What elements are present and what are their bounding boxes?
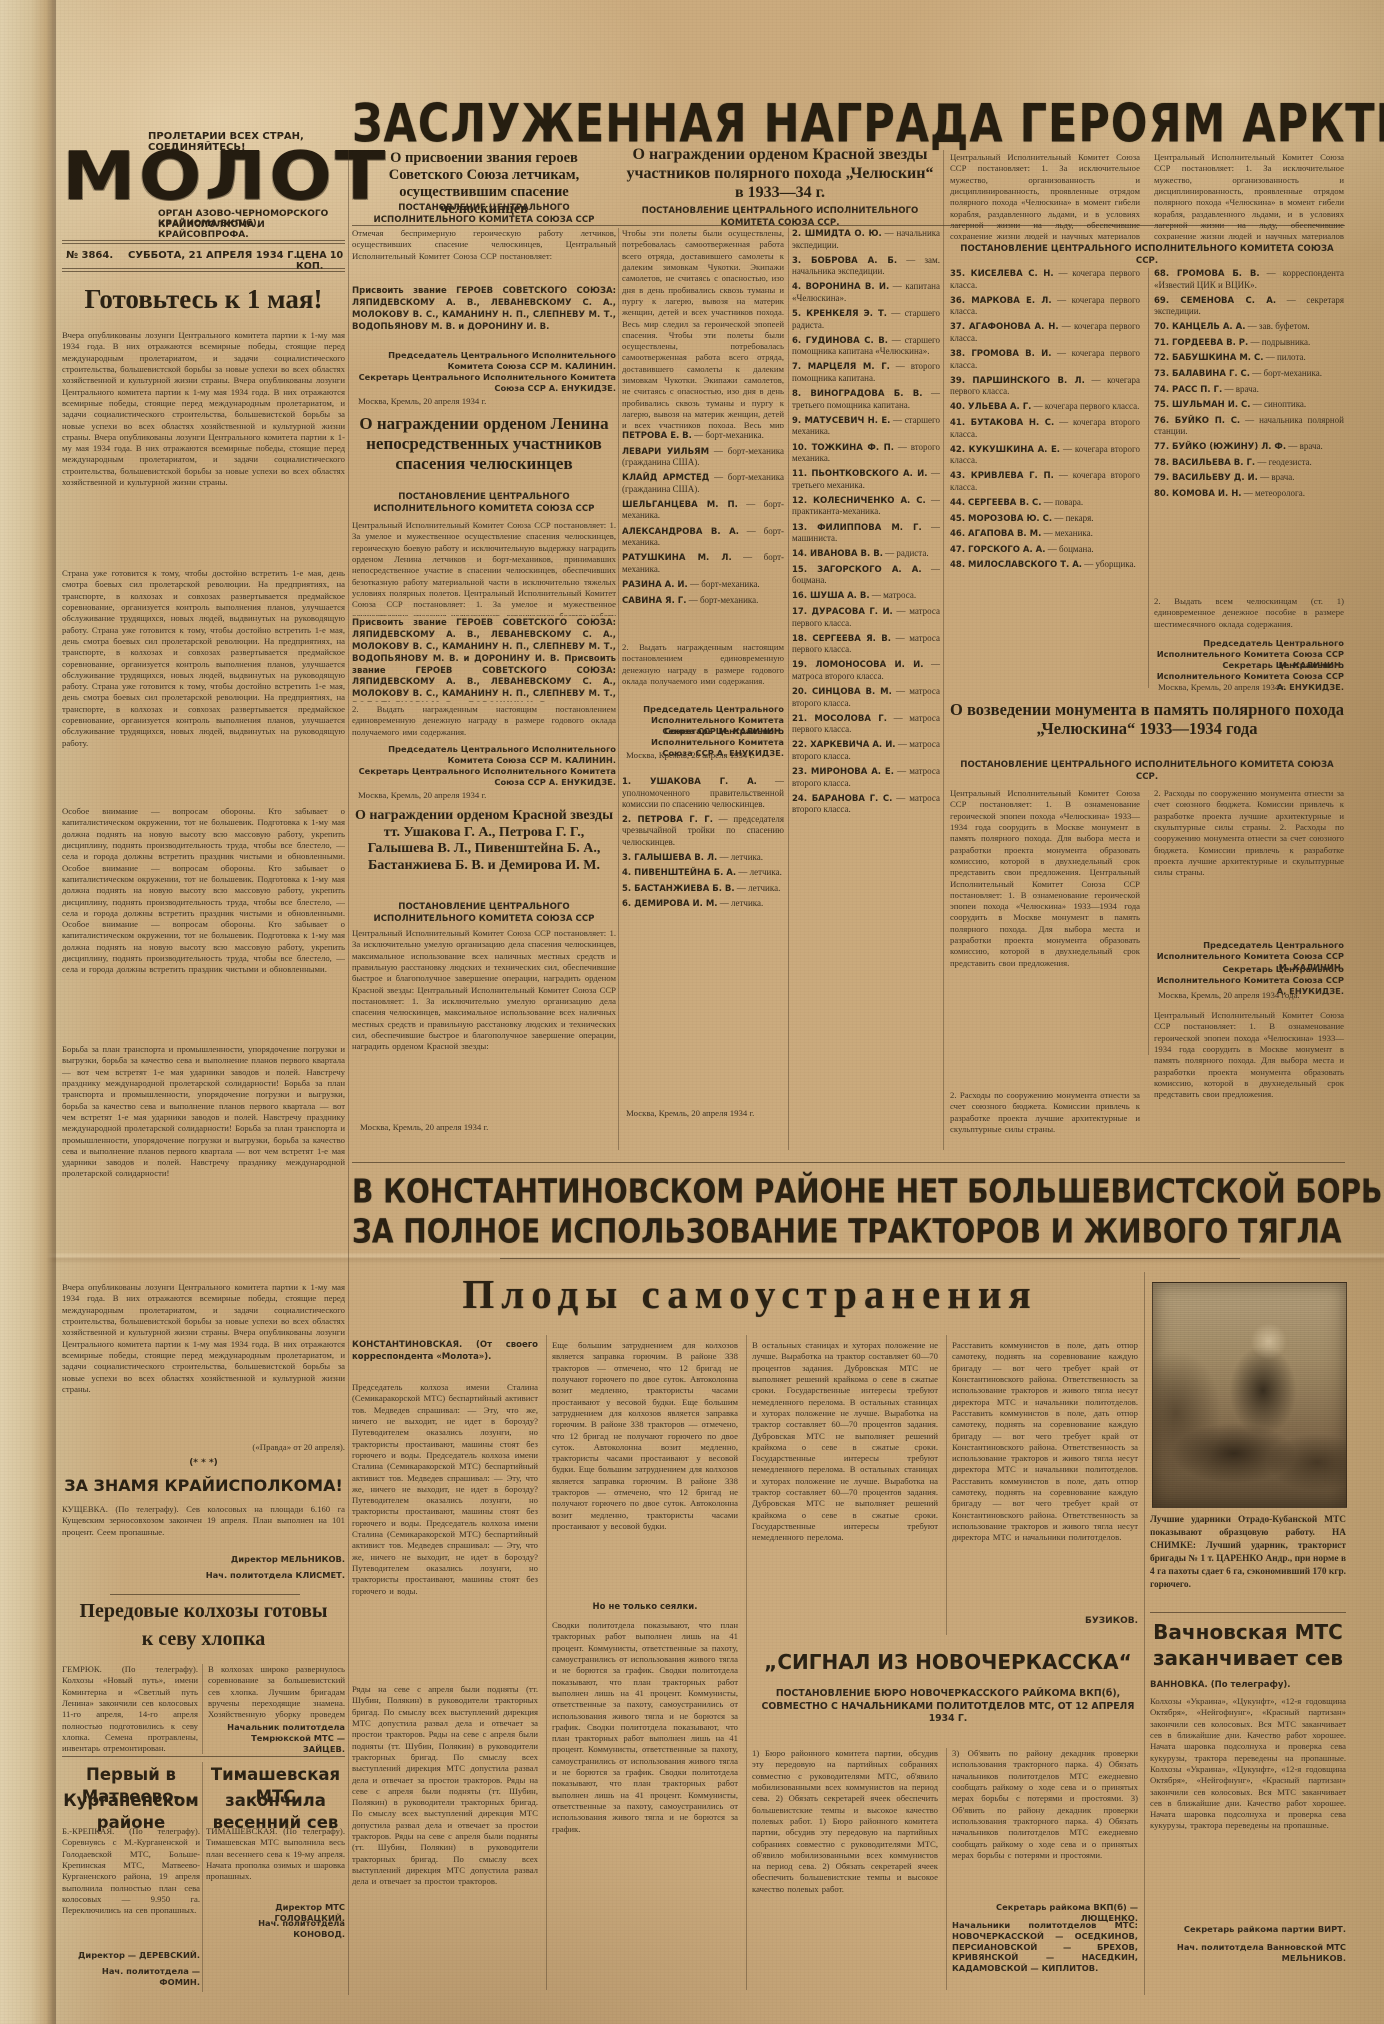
kraiznamya-title: ЗА ЗНАМЯ КРАЙИСПОЛКОМА! [62,1476,345,1495]
lenin-decree-awardees: Присвоить звание ГЕРОЕВ СОВЕТСКОГО СОЮЗА… [352,618,616,702]
monument-decree-body-left-2: 2. Расходы по сооружению монумента отнес… [950,1090,1140,1154]
divider [788,228,789,1150]
cotton-body-left: ГЕМРЮК. (По телеграфу). Колхозы «Новый п… [62,1664,198,1754]
award-list-entry: 75. ШУЛЬМАН И. С. — синоптика. [1154,399,1344,411]
award-list-entry: ШЕЛЬГАНЦЕВА М. П. — борт-механика. [622,499,784,522]
decree-place-date: Москва, Кремль, 20 апреля 1934 г. [360,1122,510,1133]
signature-fomin: Нач. политотдела — ФОМИН. [62,1966,200,1988]
vannovka-title-line2: заканчивает сев [1150,1646,1346,1670]
divider [352,1162,1345,1163]
divider [746,1335,747,1990]
vannovka-dateline: ВАННОВКА. (По телеграфу). [1150,1680,1346,1694]
masthead-logo: МОЛОТ [62,138,348,201]
divider [546,1335,547,1990]
award-list-entry: 72. БАБУШКИНА М. С. — пилота. [1154,352,1344,364]
divider [1144,1272,1145,1995]
award-list-entry: 2. ПЕТРОВА Г. Г. — председателя чрезвыча… [622,814,784,848]
signature-melnikov: Директор МЕЛЬНИКОВ. [62,1554,345,1565]
cotton-title-line2: к севу хлопка [62,1628,345,1652]
award-list-entry: ЛЕВАРИ УИЛЬЯМ — борт-механика (гражданин… [622,446,784,469]
award-list-entry: 22. ХАРКЕВИЧА А. И. — матроса второго кл… [792,739,940,762]
lenin-decree-note: 2. Выдать награжденным настоящим постано… [622,642,784,700]
divider [500,1258,1240,1259]
award-list-entry: 78. ВАСИЛЬЕВА В. Г. — геодезиста. [1154,457,1344,469]
signature-melnikov-mts: Нач. политотдела Ванновской МТС МЕЛЬНИКО… [1150,1942,1346,1964]
monument-decree-body-left: Центральный Исполнительный Комитет Союза… [950,788,1140,1086]
divider [62,1756,345,1757]
divider [110,1594,300,1595]
decree-place-date: Москва, Кремль, 20 апреля 1934 г. [358,396,558,407]
award-list-entry: 76. БУЙКО П. С. — начальника полярной ст… [1154,415,1344,438]
signature-virt: Секретарь райкома партии ВИРТ. [1150,1924,1346,1935]
award-list-entry: 1. УШАКОВА Г. А. — уполномоченного прави… [622,776,784,810]
mayday-paragraph-3: Особое внимание — вопросам обороны. Кто … [62,806,345,1042]
divider [62,271,345,272]
divider [618,228,619,1150]
hero-decree-resolution: Присвоить звание ГЕРОЕВ СОВЕТСКОГО СОЮЗА… [352,286,616,348]
lenin-decree-title: О награждении орденом Ленина непосредств… [352,414,616,474]
divider [202,1664,203,1754]
award-list-entry: 12. КОЛЕСНИЧЕНКО А. С. — практиканта-мех… [792,495,940,518]
award-list-entry: 43. КРИВЛЕВА Г. П. — кочегара второго кл… [950,470,1140,493]
award-list-entry: ПЕТРОВА Е. В. — борт-механика. [622,430,784,442]
monument-decree-body-right-2: Центральный Исполнительный Комитет Союза… [1154,1010,1344,1150]
signal-body-left: 1) Бюро районного комитета партии, обсуд… [752,1748,938,1990]
award-list-entry: 14. ИВАНОВА В. В. — радиста. [792,548,940,560]
award-list-entry: 13. ФИЛИППОВА М. Г. — машиниста. [792,522,940,545]
hero-decree-subtitle: ПОСТАНОВЛЕНИЕ ЦЕНТРАЛЬНОГО ИСПОЛНИТЕЛЬНО… [354,203,614,226]
plody-col4-text: Расставить коммунистов в поле, дать отпо… [952,1340,1138,1612]
award-list-entry: 38. ГРОМОВА В. И. — кочегара первого кла… [950,348,1140,371]
mechanics-award-list: ПЕТРОВА Е. В. — борт-механика.ЛЕВАРИ УИЛ… [622,430,784,638]
signature-enukidze: Секретарь Центрального Исполнительного К… [352,372,616,394]
pravda-reference: («Правда» от 20 апреля). [62,1442,345,1453]
signal-title: „СИГНАЛ ИЗ НОВОЧЕРКАССКА“ [756,1650,1140,1674]
decree-place-date: Москва, Кремль, 20 апреля 1934 г. [358,790,558,801]
signature-konovod: Нач. политотдела КОНОВОД. [206,1918,345,1940]
signature-zaitsev: Начальник политотдела Темрюкской МТС — З… [208,1722,345,1754]
award-list-entry: РАЗИНА А. И. — борт-механика. [622,579,784,591]
award-list-entry: САВИНА Я. Г. — борт-механика. [622,595,784,607]
award-list-entry: 8. ВИНОГРАДОВА Б. В. — третьего помощник… [792,388,940,411]
award-list-entry: 6. ГУДИНОВА С. В. — старшего помощника к… [792,335,940,358]
masthead-organ-line2: КРАЙИСПОЛКОМА И КРАЙСОВПРОФА. [158,220,348,240]
award-list-entry: 4. ПИВЕНШТЕЙНА Б. А. — летчика. [622,867,784,879]
award-list-entry: 5. БАСТАНЖИЕВА Б. В. — летчика. [622,883,784,895]
plody-dateline: КОНСТАНТИНОВСКАЯ. (От своего корреспонде… [352,1340,538,1380]
award-list-entry: 74. РАСС П. Г. — врача. [1154,384,1344,396]
signature-klismet: Нач. политотдела КЛИСМЕТ. [62,1570,345,1581]
ushakov-decree-body: Центральный Исполнительный Комитет Союза… [352,928,616,1118]
plody-col2-text-2: Сводки политотдела показывают, что план … [552,1620,738,1990]
award-list-entry: 5. КРЕНКЕЛЯ Э. Т. — старшего радиста. [792,308,940,331]
award-list-entry: 77. БУЙКО (ЮЖИНУ) Л. Ф. — врача. [1154,441,1344,453]
award-list-entry: 16. ШУША А. В. — матроса. [792,590,940,602]
award-list-entry: 45. МОРОЗОВА Ю. С. — пекаря. [950,513,1140,525]
cotton-body-right: В колхозах широко развернулось соревнова… [208,1664,345,1720]
lenin-decree-continuation: Чтобы эти полеты были осуществлены, потр… [622,228,784,428]
plody-col1-text: Председатель колхоза имени Сталина (Семи… [352,1382,538,1682]
award-list-entry: 68. ГРОМОВА Б. В. — корреспондента «Изве… [1154,268,1344,291]
matveevo-body: Б.-КРЕПКАЯ. (По телеграфу). Соревнуясь с… [62,1826,200,1946]
ushakov-decree-title: О награждении орденом Красной звезды тт.… [352,808,616,874]
signal-politotdel-signatures: Начальники политотделов МТС: НОВОЧЕРКАСС… [952,1920,1138,1974]
signature-kalinin: Председатель Центрального Исполнительног… [352,744,616,766]
hero-decree-body: Отмечая беспримерную героическую работу … [352,228,616,284]
decree-place-date: Москва, Кремль, 20 апреля 1934 года. [1158,990,1338,1001]
mayday-paragraph-1: Вчера опубликованы лозунги Центрального … [62,330,345,566]
award-list-entry: 9. МАТУСЕВИЧ Н. Е. — старшего механика. [792,415,940,438]
star-decree-intro-right: Центральный Исполнительный Комитет Союза… [1154,152,1344,240]
decree-place-date: Москва, Кремль, 20 апреля 1934 г. [626,1108,776,1119]
award-list-entry: 46. АГАПОВА В. М. — механика. [950,528,1140,540]
plody-col2-subhead: Но не только сеялки. [552,1602,738,1616]
cotton-title-line1: Передовые колхозы готовы [62,1600,345,1624]
kraiznamya-body: КУЩЕВКА. (По телеграфу). Сев колосовых н… [62,1504,345,1552]
award-list-entry: 36. МАРКОВА Е. Л. — кочегара первого кла… [950,295,1140,318]
konstantin-headline-1: В КОНСТАНТИНОВСКОМ РАЙОНЕ НЕТ БОЛЬШЕВИСТ… [352,1172,1245,1211]
award-list-entry: 48. МИЛОСЛАВСКОГО Т. А. — уборщика. [950,559,1140,571]
star-decree-title: О награждении орденом Красной звезды уча… [622,146,938,203]
award-list-entry: КЛАЙД АРМСТЕД — борт-механика (гражданин… [622,472,784,495]
award-list-entry: 47. ГОРСКОГО А. А. — боцмана. [950,544,1140,556]
tractor-driver-photo [1152,1282,1347,1508]
plody-col1-text-2: Ряды на севе с апреля были подняты (тт. … [352,1684,538,1990]
award-list-entry: 17. ДУРАСОВА Г. И. — матроса первого кла… [792,606,940,629]
award-list-entry: 7. МАРЦЕЛЯ М. Г. — второго помощника кап… [792,361,940,384]
signature-buzikov: БУЗИКОВ. [952,1616,1138,1628]
award-list-entry: 79. ВАСИЛЬЕВУ Д. И. — врача. [1154,472,1344,484]
award-list-entry: 44. СЕРГЕЕВА В. С. — повара. [950,497,1140,509]
award-list-entry: 18. СЕРГЕЕВА Я. В. — матроса первого кла… [792,633,940,656]
award-list-entry: 2. ШМИДТА О. Ю. — начальника экспедиции. [792,228,940,251]
plody-col2-text: Еще большим затруднением для колхозов яв… [552,1340,738,1598]
award-list-entry: 23. МИРОНОВА А. Е. — матроса второго кла… [792,766,940,789]
issue-number: № 3864. [66,250,113,261]
ushakov-award-list: 1. УШАКОВА Г. А. — уполномоченного прави… [622,776,784,1102]
mayday-title: Готовьтесь к 1 мая! [62,284,345,316]
award-list-entry: 73. БАЛАВИНА Г. С. — борт-механика. [1154,368,1344,380]
award-list-entry: 3. БОБРОВА А. Б. — зам. начальника экспе… [792,255,940,278]
photo-caption: Лучшие ударники Отрадо-Кубанской МТС пок… [1150,1514,1346,1606]
decree-place-date: Москва, Кремль, 20 апреля 1934 г. [1158,682,1338,693]
award-list-entry: 3. ГАЛЫШЕВА В. Л. — летчика. [622,852,784,864]
award-list-entry: 11. ПЬОНТКОВСКОГО А. И. — третьего механ… [792,468,940,491]
award-list-entry: 70. КАНЦЕЛЬ А. А. — зав. буфетом. [1154,321,1344,333]
divider [62,243,345,244]
award-list-entry: АЛЕКСАНДРОВА В. А. — борт-механика. [622,526,784,549]
divider [62,268,345,269]
award-list-entry: 10. ТОЖКИНА Ф. П. — второго механика. [792,442,940,465]
award-list-entry: 37. АГАФОНОВА А. Н. — кочегара первого к… [950,321,1140,344]
award-list-entry: 71. ГОРДЕЕВА В. Р. — подрывника. [1154,337,1344,349]
signature-enukidze: Секретарь Центрального Исполнительного К… [352,766,616,788]
signature-kalinin: Председатель Центрального Исполнительног… [352,350,616,372]
award-list-entry: 21. МОСОЛОВА Г. — матроса первого класса… [792,713,940,736]
award-list-entry: РАТУШКИНА М. Л. — борт-механика. [622,552,784,575]
section-separator: (* * *) [62,1458,345,1468]
mayday-paragraph-5: Вчера опубликованы лозунги Центрального … [62,1282,345,1438]
konstantin-headline-2: ЗА ПОЛНОЕ ИСПОЛЬЗОВАНИЕ ТРАКТОРОВ И ЖИВО… [352,1212,1245,1251]
award-list-entry: 15. ЗАГОРСКОГО А. А. — боцмана. [792,564,940,587]
star-decree-intro-left: Центральный Исполнительный Комитет Союза… [950,152,1140,240]
award-list-entry: 39. ПАРШИНСКОГО В. Л. — кочегара первого… [950,375,1140,398]
lenin-decree-body: Центральный Исполнительный Комитет Союза… [352,520,616,616]
issue-date: СУББОТА, 21 АПРЕЛЯ 1934 Г. [128,250,297,261]
star-decree-note: 2. Выдать всем челюскинцам (ст. 1) едино… [1154,596,1344,636]
award-list-entry: 42. КУКУШКИНА А. Е. — кочегара второго к… [950,444,1140,467]
signal-subtitle: ПОСТАНОВЛЕНИЕ БЮРО НОВОЧЕРКАССКОГО РАЙКО… [752,1688,1144,1726]
plody-col3-text: В остальных станицах и хуторах положение… [752,1340,938,1634]
award-list-entry: 41. БУТАКОВА Н. С. — кочегара второго кл… [950,417,1140,440]
award-list-entry: 4. ВОРОНИНА В. И. — капитана «Челюскина»… [792,281,940,304]
divider [202,1762,203,1992]
divider [1148,268,1149,688]
star-award-list-c: 2. ШМИДТА О. Ю. — начальника экспедиции.… [792,228,940,1144]
award-list-entry: 20. СИНЦОВА В. М. — матроса второго клас… [792,686,940,709]
divider [1148,800,1149,1055]
ushakov-decree-subtitle: ПОСТАНОВЛЕНИЕ ЦЕНТРАЛЬНОГО ИСПОЛНИТЕЛЬНО… [352,902,616,925]
divider [1150,1612,1346,1613]
monument-decree-body-right: 2. Расходы по сооружению монумента отнес… [1154,788,1344,936]
monument-decree-subtitle: ПОСТАНОВЛЕНИЕ ЦЕНТРАЛЬНОГО ИСПОЛНИТЕЛЬНО… [950,760,1344,783]
award-list-entry: 19. ЛОМОНОСОВА И. И. — матроса второго к… [792,659,940,682]
award-list-entry: 40. УЛЬЕВА А. Г. — кочегара первого клас… [950,401,1140,413]
award-list-entry: 80. КОМОВА И. Н. — метеоролога. [1154,488,1344,500]
vannovka-title-line1: Вачновская МТС [1150,1620,1346,1644]
plody-article-title: Плоды самоустранения [420,1270,1080,1318]
signal-body-right: 3) Об'явить по району декадник проверки … [952,1748,1138,1898]
star-award-list-e: 68. ГРОМОВА Б. В. — корреспондента «Изве… [1154,268,1344,594]
torn-left-edge [0,0,56,2024]
decree-place-date: Москва, Кремль, 20 апреля 1934 г. [626,750,776,761]
award-list-entry: 35. КИСЕЛЕВА С. Н. — кочегара первого кл… [950,268,1140,291]
divider [946,1335,947,1635]
divider [62,240,345,241]
award-list-entry: 24. БАРАНОВА Г. С. — матроса второго кла… [792,793,940,816]
signature-derevsky: Директор — ДЕРЕВСКИЙ. [62,1950,200,1961]
lenin-decree-note: 2. Выдать награжденным настоящим постано… [352,704,616,742]
divider [348,150,349,1995]
star-award-list-d: 35. КИСЕЛЕВА С. Н. — кочегара первого кл… [950,268,1140,688]
divider [946,1748,947,1990]
divider [943,150,944,1150]
star-decree-subtitle-2: ПОСТАНОВЛЕНИЕ ЦЕНТРАЛЬНОГО ИСПОЛНИТЕЛЬНО… [950,244,1344,267]
monument-decree-title: О возведении монумента в память полярног… [950,700,1344,739]
mayday-paragraph-2: Страна уже готовится к тому, чтобы досто… [62,568,345,804]
vannovka-body: Колхозы «Украина», «Цукунфт», «12-я годо… [1150,1696,1346,1920]
mayday-paragraph-4: Борьба за план транспорта и промышленнос… [62,1044,345,1280]
timashevsk-body: ТИМАШЕВСКАЯ. (По телеграфу). Тимашевская… [206,1826,345,1898]
lenin-decree-subtitle: ПОСТАНОВЛЕНИЕ ЦЕНТРАЛЬНОГО ИСПОЛНИТЕЛЬНО… [352,492,616,515]
award-list-entry: 69. СЕМЕНОВА С. А. — секретаря экспедици… [1154,295,1344,318]
award-list-entry: 6. ДЕМИРОВА И. М. — летчика. [622,898,784,910]
